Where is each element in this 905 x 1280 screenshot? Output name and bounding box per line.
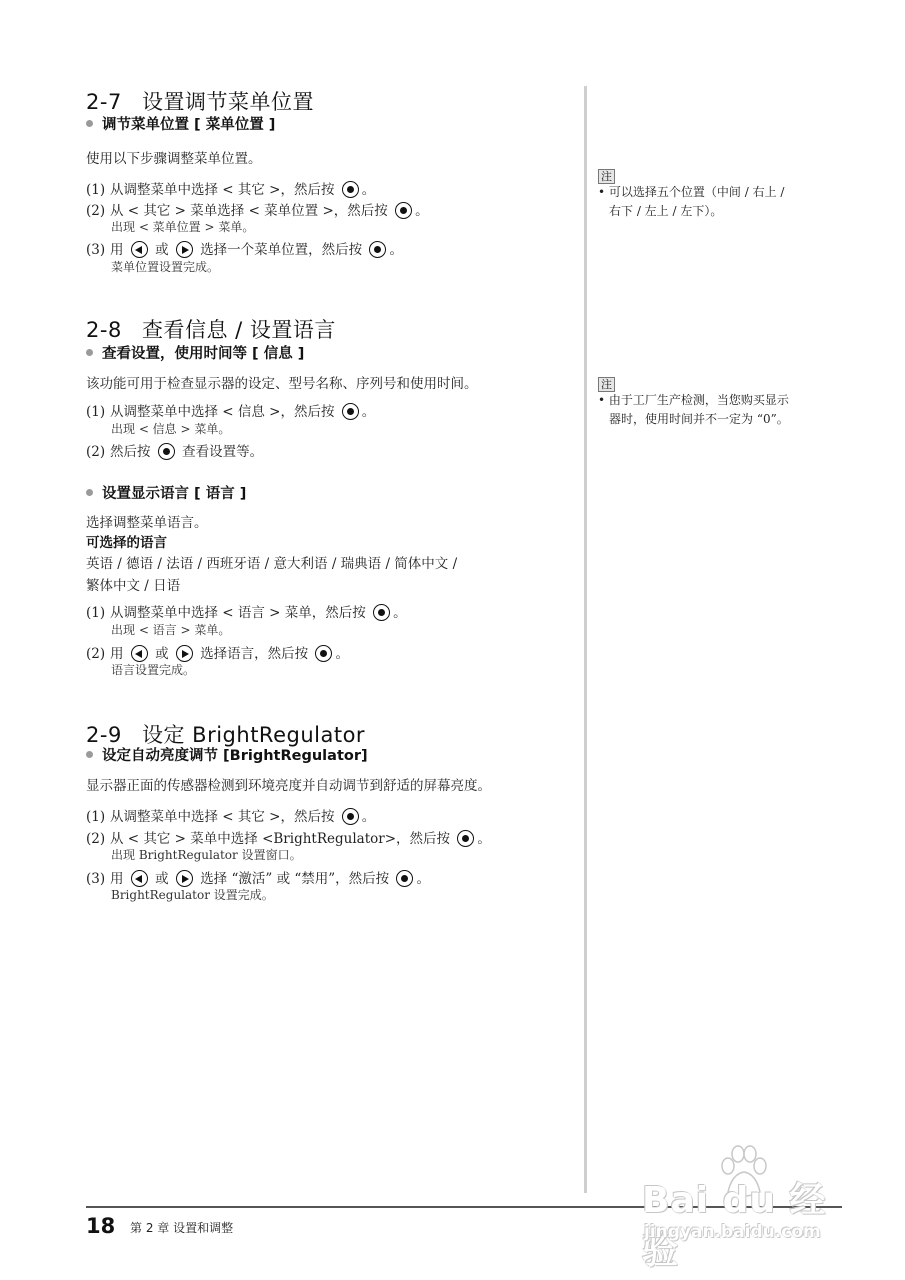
intro-text: 该功能可用于检查显示器的设定、型号名称、序列号和使用时间。 <box>86 372 478 392</box>
enter-button-icon <box>315 645 332 662</box>
section-title: 查看信息 / 设置语言 <box>142 318 336 342</box>
step-2-result: 出现 BrightRegulator 设置窗口。 <box>111 846 302 863</box>
step-3: (3)用 或 选择一个菜单位置，然后按 。 <box>86 238 403 259</box>
languages-list-line-2: 繁体中文 / 日语 <box>86 574 180 594</box>
left-arrow-button-icon <box>131 241 148 258</box>
bullet-icon <box>86 751 93 758</box>
enter-button-icon <box>158 443 175 460</box>
step-1-result: 出现 < 信息 > 菜单。 <box>111 420 230 437</box>
watermark-url: jingyan.baidu.com <box>644 1222 821 1242</box>
right-arrow-button-icon <box>176 645 193 662</box>
language-step-1-result: 出现 < 语言 > 菜单。 <box>111 621 230 638</box>
subsection-heading-language: 设置显示语言 [ 语言 ] <box>86 482 246 503</box>
section-2-7-heading: 2-7设置调节菜单位置 <box>86 86 314 116</box>
section-2-8-heading: 2-8查看信息 / 设置语言 <box>86 314 336 344</box>
right-arrow-button-icon <box>176 241 193 258</box>
intro-text: 显示器正面的传感器检测到环境亮度并自动调节到舒适的屏幕亮度。 <box>86 774 491 794</box>
section-number: 2-7 <box>86 90 142 114</box>
left-arrow-button-icon <box>131 870 148 887</box>
step-3: (3)用 或 选择 “激活” 或 “禁用”，然后按 。 <box>86 867 430 888</box>
language-step-1: (1)从调整菜单中选择 < 语言 > 菜单，然后按 。 <box>86 601 407 622</box>
enter-button-icon <box>395 202 412 219</box>
subsection-heading: 调节菜单位置 [ 菜单位置 ] <box>86 113 275 134</box>
subsection-heading: 查看设置，使用时间等 [ 信息 ] <box>86 342 304 363</box>
step-2-result: 出现 < 菜单位置 > 菜单。 <box>111 218 254 235</box>
intro-text: 使用以下步骤调整菜单位置。 <box>86 147 262 167</box>
note-label: 注 <box>598 169 615 184</box>
step-1: (1)从调整菜单中选择 < 信息 >，然后按 。 <box>86 400 375 421</box>
step-1: (1)从调整菜单中选择 < 其它 >，然后按 。 <box>86 805 375 826</box>
baidu-watermark: Bai du 经验 jingyan.baidu.com <box>642 1142 842 1254</box>
languages-list-line-1: 英语 / 德语 / 法语 / 西班牙语 / 意大利语 / 瑞典语 / 简体中文 … <box>86 552 457 572</box>
bullet-icon <box>86 120 93 127</box>
step-2: (2)然后按 查看设置等。 <box>86 440 263 461</box>
section-number: 2-8 <box>86 318 142 342</box>
subsection-heading: 设定自动亮度调节 [BrightRegulator] <box>86 744 368 765</box>
left-arrow-button-icon <box>131 645 148 662</box>
enter-button-icon <box>457 830 474 847</box>
enter-button-icon <box>342 808 359 825</box>
enter-button-icon <box>342 181 359 198</box>
bullet-icon <box>86 489 93 496</box>
enter-button-icon <box>396 870 413 887</box>
section-title: 设置调节菜单位置 <box>142 90 314 114</box>
note-text-line-1: • 由于工厂生产检测，当您购买显示 <box>598 391 789 410</box>
intro-text-language: 选择调整菜单语言。 <box>86 511 208 531</box>
note-label: 注 <box>598 377 615 392</box>
note-text-line-2: 右下 / 左上 / 左下）。 <box>609 202 722 221</box>
step-2: (2)从 < 其它 > 菜单选择 < 菜单位置 >，然后按 。 <box>86 199 429 220</box>
column-divider <box>584 86 587 1193</box>
step-3-result: BrightRegulator 设置完成。 <box>111 886 274 903</box>
bullet-icon <box>86 349 93 356</box>
right-arrow-button-icon <box>176 870 193 887</box>
languages-label: 可选择的语言 <box>86 531 167 551</box>
page-number: 18 <box>86 1214 115 1238</box>
note-text-line-1: • 可以选择五个位置（中间 / 右上 / <box>598 183 784 202</box>
language-step-2: (2)用 或 选择语言，然后按 。 <box>86 642 349 663</box>
enter-button-icon <box>369 241 386 258</box>
step-3-result: 菜单位置设置完成。 <box>111 258 219 275</box>
enter-button-icon <box>373 604 390 621</box>
step-2: (2)从 < 其它 > 菜单中选择 <BrightRegulator>，然后按 … <box>86 827 491 848</box>
note-text-line-2: 器时，使用时间并不一定为 “0”。 <box>609 410 789 429</box>
enter-button-icon <box>342 403 359 420</box>
step-1: (1)从调整菜单中选择 < 其它 >，然后按 。 <box>86 178 375 199</box>
chapter-title: 第 2 章 设置和调整 <box>130 1219 233 1236</box>
language-step-2-result: 语言设置完成。 <box>111 661 195 678</box>
